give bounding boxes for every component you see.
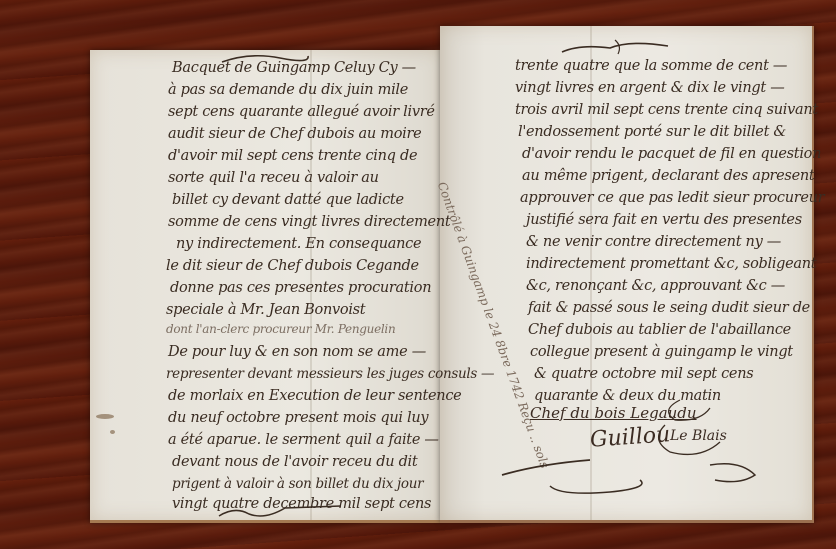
closing-flourish xyxy=(215,500,345,522)
text-line: prigent à valoir à son billet du dix jou… xyxy=(172,476,423,492)
text-line: billet cy devant datté que ladicte xyxy=(172,192,404,208)
text-line: du neuf octobre present mois qui luy xyxy=(168,410,428,426)
text-line: sept cens quarante allegué avoir livré xyxy=(168,104,435,120)
text-line: au même prigent, declarant des apresent xyxy=(522,168,814,184)
text-line: le dit sieur de Chef dubois Cegande xyxy=(166,258,419,274)
text-line: representer devant messieurs les juges c… xyxy=(166,366,494,382)
text-line: a été aparue. le serment quil a faite — xyxy=(168,432,439,448)
text-line: d'avoir rendu le pacquet de fil en quest… xyxy=(522,146,821,162)
text-line: vingt livres en argent & dix le vingt — xyxy=(515,80,784,96)
text-line: & ne venir contre directement ny — xyxy=(526,234,781,250)
text-line: fait & passé sous le seing dudit sieur d… xyxy=(528,300,810,316)
text-line: trois avril mil sept cens trente cinq su… xyxy=(515,102,818,118)
ink-blot xyxy=(96,414,114,419)
text-line: indirectement promettant &c, sobligeant xyxy=(526,256,816,272)
text-line: devant nous de l'avoir receu du dit xyxy=(172,454,417,470)
text-line: speciale à Mr. Jean Bonvoist xyxy=(166,302,365,318)
text-line: somme de cens vingt livres directement xyxy=(168,214,450,230)
signature-flourishes xyxy=(500,380,800,500)
text-line: de morlaix en Execution de leur sentence xyxy=(168,388,461,404)
text-line: De pour luy & en son nom se ame — xyxy=(168,344,426,360)
text-line: collegue present à guingamp le vingt xyxy=(530,344,793,360)
ink-blot xyxy=(110,430,115,434)
text-line: Chef dubois au tablier de l'abaillance xyxy=(528,322,791,338)
header-flourish-right xyxy=(560,38,670,58)
text-line: audit sieur de Chef dubois au moire xyxy=(168,126,421,142)
text-line: Bacquet de Guingamp Celuy Cy — xyxy=(172,60,416,76)
text-line: trente quatre que la somme de cent — xyxy=(515,58,787,74)
text-line: donne pas ces presentes procuration xyxy=(170,280,431,296)
text-line: à pas sa demande du dix juin mile xyxy=(168,82,408,98)
text-line: justifié sera fait en vertu des presente… xyxy=(526,212,802,228)
text-line-faint: dont l'an-clerc procureur Mr. Penguelin xyxy=(166,322,395,336)
text-line: l'endossement porté sur le dit billet & xyxy=(518,124,786,140)
text-line: &c, renonçant &c, approuvant &c — xyxy=(526,278,785,294)
text-line: ny indirectement. En consequance xyxy=(176,236,421,252)
text-line: sorte quil l'a receu à valoir au xyxy=(168,170,379,186)
text-line: approuver ce que pas ledit sieur procure… xyxy=(520,190,824,206)
text-line: d'avoir mil sept cens trente cinq de xyxy=(168,148,417,164)
